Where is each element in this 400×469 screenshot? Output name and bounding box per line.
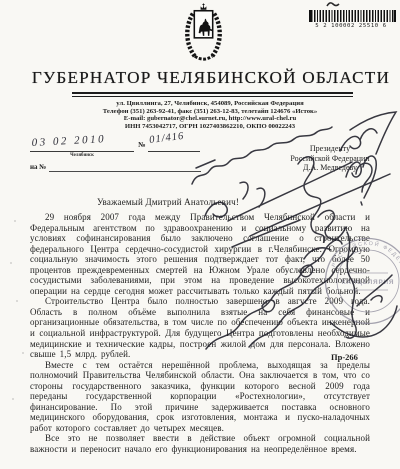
recipient-line: Д.А. Медведеву xyxy=(280,163,380,173)
handwritten-outgoing-number: 01/416 xyxy=(149,131,185,146)
handwriting-stroke xyxy=(240,182,265,207)
letter-body: 29 ноября 2007 года между Правительством… xyxy=(30,212,370,455)
scan-speck xyxy=(10,262,12,264)
barcode-smudge-mark xyxy=(326,1,342,9)
barcode-bars xyxy=(309,10,396,22)
address-line: E-mail: gubernator@chel.surnet.ru, http:… xyxy=(20,115,400,123)
number-underline xyxy=(148,151,200,152)
margin-note-pr266: Пр-266 xyxy=(331,352,358,362)
scan-speck xyxy=(16,300,18,302)
body-paragraph: Все это не позволяет ввести в действие о… xyxy=(30,433,370,454)
city-label: Челябинск xyxy=(30,153,134,158)
number-sign: № xyxy=(138,140,146,149)
salutation: Уважаемый Дмитрий Анатольевич! xyxy=(97,197,239,207)
barcode-digits: 5 2 100002 25510 6 xyxy=(304,23,398,29)
letterhead-address: ул. Цвиллинга, 27, Челябинск, 454089, Ро… xyxy=(20,100,400,130)
chelyabinsk-coat-of-arms-icon xyxy=(181,3,226,63)
org-title: ГУБЕРНАТОР ЧЕЛЯБИНСКОЙ ОБЛАСТИ xyxy=(0,68,400,88)
body-paragraph: Строительство Центра было полностью заве… xyxy=(30,296,370,359)
on-number-label: на № xyxy=(30,163,46,171)
scan-speck xyxy=(14,220,16,222)
stamp-center-text: КАНЦЕЛЯРИЯ xyxy=(342,279,395,286)
scan-speck xyxy=(22,352,24,354)
address-line: Телефон (351) 263-92-41, факс (351) 263-… xyxy=(20,108,400,116)
recipient-line: Российской Федерации xyxy=(280,154,380,164)
on-number-underline xyxy=(49,171,201,172)
recipient-block: Президенту Российской Федерации Д.А. Мед… xyxy=(280,144,380,173)
handwriting-stroke xyxy=(196,160,215,168)
scan-speck xyxy=(12,398,14,400)
body-paragraph: 29 ноября 2007 года между Правительством… xyxy=(30,212,370,296)
body-paragraph: Вместе с тем остаётся нерешённой проблем… xyxy=(30,360,370,434)
address-line: ул. Цвиллинга, 27, Челябинск, 454089, Ро… xyxy=(20,100,400,108)
handwritten-date: 03 02 2010 xyxy=(31,133,106,149)
recipient-line: Президенту xyxy=(280,144,380,154)
double-rule xyxy=(72,92,353,97)
address-line: ИНН 7453042717, ОГРН 1027403862210, ОКПО… xyxy=(20,123,400,131)
chancellery-round-stamp: РОССИЙСКОЙ ФЕДЕРАЦИИ КАНЦЕЛЯРИЯ xyxy=(320,233,400,329)
scanned-letter-page: 5 2 100002 25510 6 ГУБЕРНАТОР ЧЕЛЯБИНСКО… xyxy=(0,0,400,469)
